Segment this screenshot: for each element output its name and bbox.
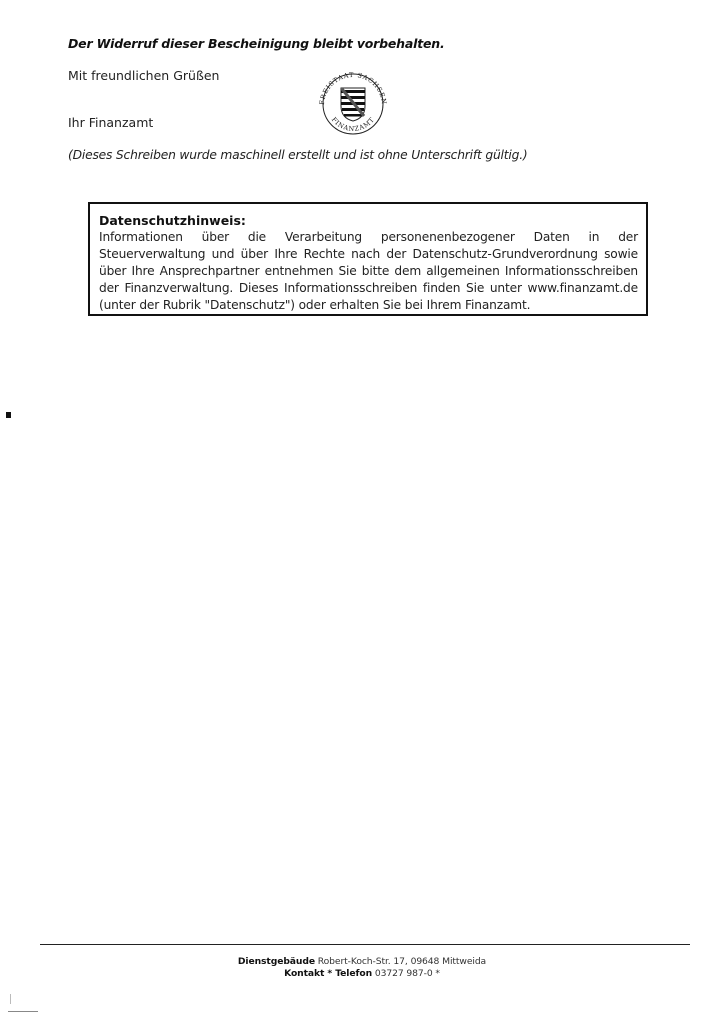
privacy-notice-text: Informationen über die Verarbeitung pers… [99,229,638,314]
machine-generated-note: (Dieses Schreiben wurde maschinell erste… [68,148,528,162]
footer-contact-phone: 03727 987-0 * [375,968,440,979]
footer-divider [40,944,690,945]
revocation-notice: Der Widerruf dieser Bescheinigung bleibt… [68,36,445,51]
privacy-notice-box: Datenschutzhinweis: Informationen über d… [88,202,648,316]
scan-artifact-line [8,1011,38,1012]
closing-greeting: Mit freundlichen Grüßen [68,68,219,83]
state-seal-icon: FREISTAAT SACHSEN FINANZAMT [310,72,396,136]
privacy-notice-title: Datenschutzhinweis: [99,213,638,229]
footer-building: Dienstgebäude Robert-Koch-Str. 17, 09648… [0,956,724,967]
footer-contact: Kontakt * Telefon 03727 987-0 * [0,968,724,979]
scan-artifact [10,994,11,1004]
footer-building-label: Dienstgebäude [238,956,315,967]
page-marker [6,412,11,418]
footer-building-address: Robert-Koch-Str. 17, 09648 Mittweida [318,956,486,967]
footer-contact-label: Kontakt * Telefon [284,968,372,979]
signature-line: Ihr Finanzamt [68,115,153,130]
